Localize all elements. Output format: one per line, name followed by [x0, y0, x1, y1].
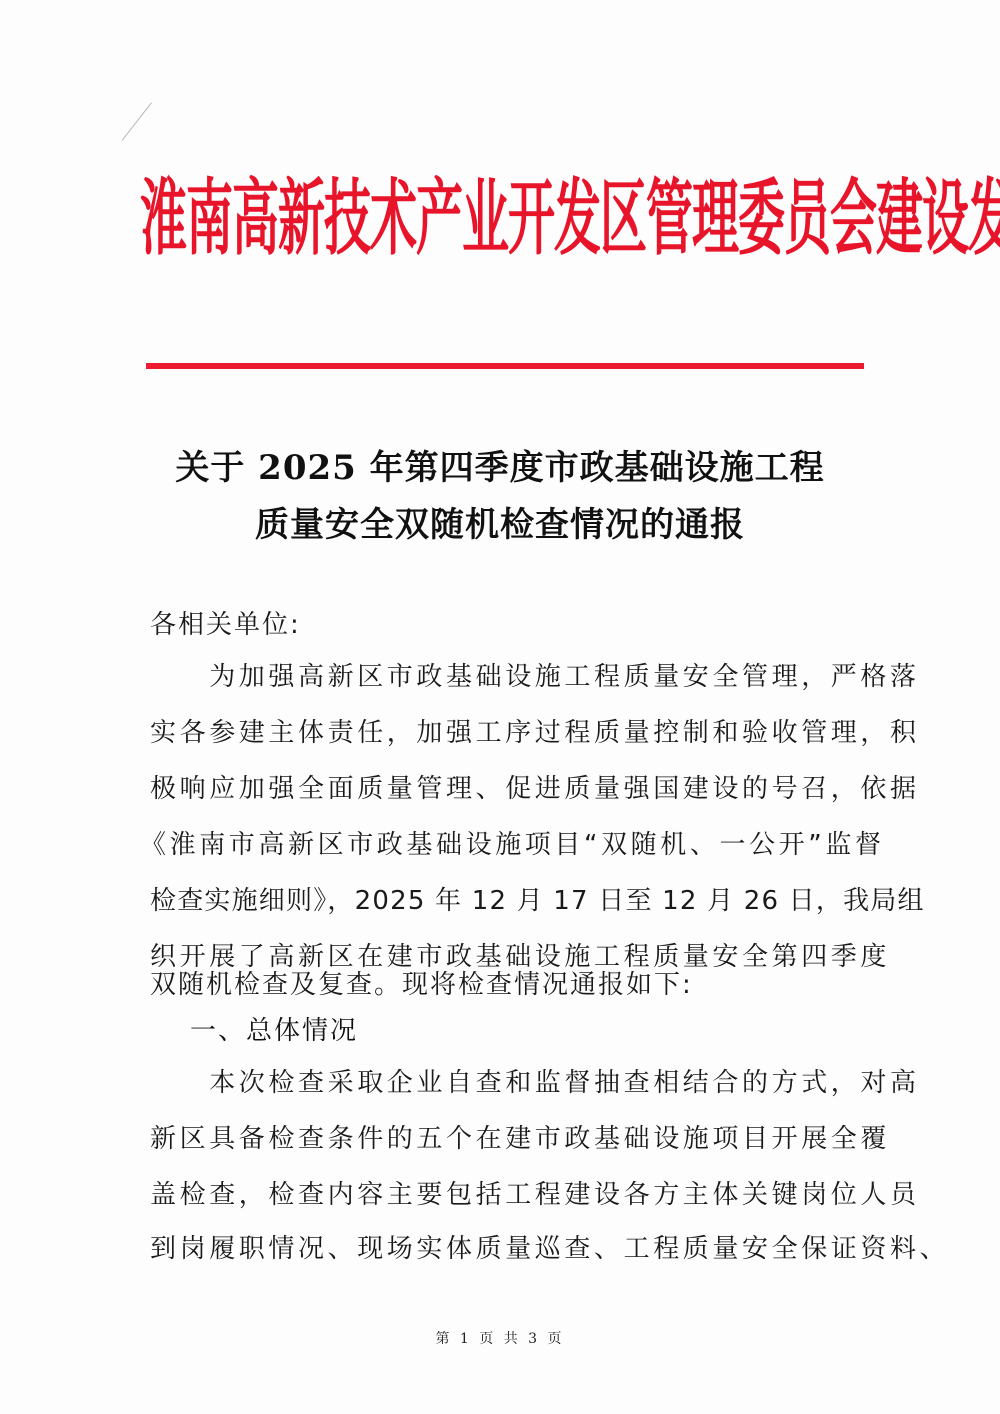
intro-paragraph-line: 极响应加强全面质量管理、促进质量强国建设的号召，依据	[150, 768, 860, 805]
document-title-line-1: 关于 2025 年第四季度市政基础设施工程	[100, 440, 900, 489]
intro-paragraph-line: 为加强高新区市政基础设施工程质量安全管理，严格落	[150, 656, 860, 693]
intro-paragraph-line: 实各参建主体责任，加强工序过程质量控制和验收管理，积	[150, 712, 860, 749]
letterhead-organization: 淮南高新技术产业开发区管理委员会建设发展局	[140, 160, 870, 280]
section1-paragraph-line: 到岗履职情况、现场实体质量巡查、工程质量安全保证资料、	[150, 1228, 860, 1265]
document-title-line-2: 质量安全双随机检查情况的通报	[100, 497, 900, 546]
intro-paragraph-line: 检查实施细则》，2025 年 12 月 17 日至 12 月 26 日，我局组	[150, 880, 860, 917]
letterhead-red-rule	[146, 363, 864, 369]
intro-paragraph-line: 《淮南市高新区市政基础设施项目“双随机、一公开”监督	[140, 824, 850, 861]
section1-paragraph-line: 新区具备检查条件的五个在建市政基础设施项目开展全覆	[150, 1118, 860, 1155]
section1-paragraph-line: 盖检查，检查内容主要包括工程建设各方主体关键岗位人员	[150, 1174, 860, 1211]
document-page: 淮南高新技术产业开发区管理委员会建设发展局 关于 2025 年第四季度市政基础设…	[0, 0, 1000, 1414]
letterhead-organization-text: 淮南高新技术产业开发区管理委员会建设发展局	[140, 115, 1000, 325]
salutation: 各相关单位:	[150, 604, 860, 641]
intro-paragraph-line: 双随机检查及复查。现将检查情况通报如下:	[150, 964, 860, 1001]
page-number-footer: 第 1 页 共 3 页	[400, 1328, 600, 1348]
section1-paragraph-line: 本次检查采取企业自查和监督抽查相结合的方式，对高	[150, 1062, 860, 1099]
section-heading-overall: 一、总体情况	[190, 1010, 358, 1047]
